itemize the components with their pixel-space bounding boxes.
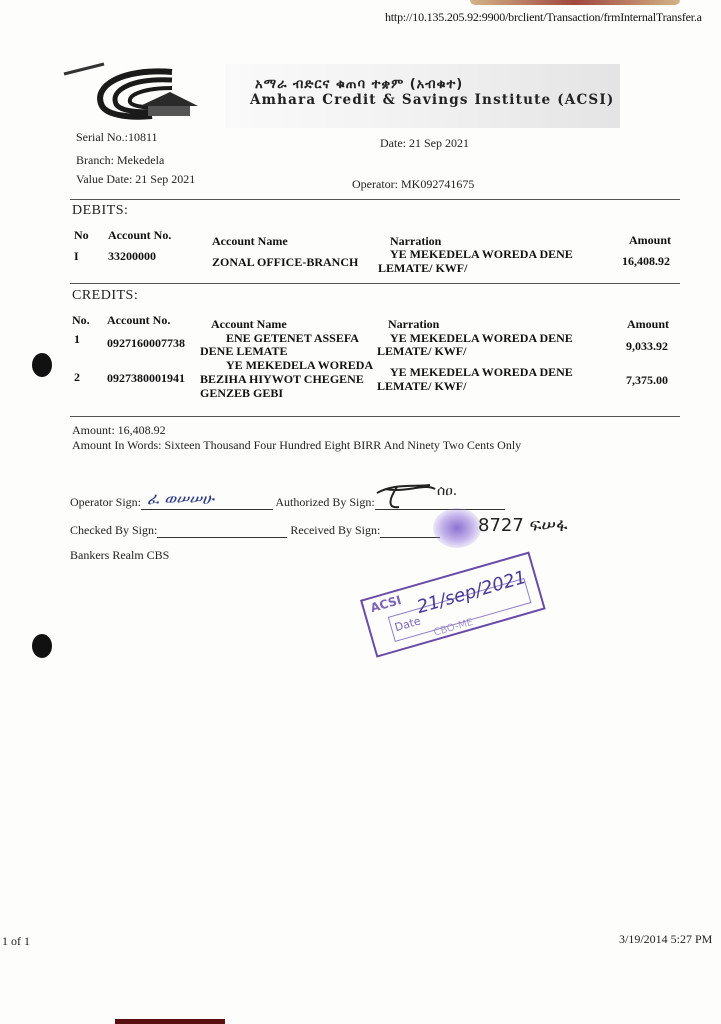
system-name: Bankers Realm CBS: [70, 548, 169, 563]
credit-no: 2: [74, 370, 80, 385]
operator-id: Operator: MK092741675: [352, 177, 474, 192]
debits-header-no: No: [74, 228, 89, 243]
credit-no: 1: [74, 332, 80, 347]
divider: [70, 416, 680, 417]
credits-header-no: No.: [72, 313, 90, 328]
credit-amount: 9,033.92: [626, 339, 668, 354]
org-name-amharic: አማራ ብድርና ቁጠባ ተቋም (አብቁተ): [255, 77, 463, 92]
total-amount: Amount: 16,408.92: [72, 423, 166, 438]
punch-hole: [32, 634, 52, 658]
debits-header-amount: Amount: [629, 233, 671, 248]
acsi-logo-icon: [62, 58, 212, 124]
fingerprint-mark: [433, 508, 481, 548]
stamp-org: ACSI: [369, 593, 403, 615]
debit-account-no: 33200000: [108, 249, 156, 264]
page-number: 1 of 1: [2, 934, 30, 949]
debits-header-account-name: Account Name: [212, 234, 288, 249]
stamp-date-box: Date 21/sep/2021: [388, 578, 532, 642]
scan-smear: [470, 0, 680, 5]
credit-account-name-line1: YE MEKEDELA WOREDA: [226, 358, 373, 373]
credits-header-narration: Narration: [388, 317, 439, 332]
print-timestamp: 3/19/2014 5:27 PM: [619, 932, 712, 947]
credit-amount: 7,375.00: [626, 373, 668, 388]
operator-sign-row: Operator Sign:ፈ ወሠሠሁ Authorized By Sign:…: [70, 495, 505, 510]
credit-account-name-line2: BEZIHA HIYWOT CHEGENE: [200, 372, 364, 387]
credit-narration-line2: LEMATE/ KWF/: [377, 379, 466, 394]
debit-narration-line2: LEMATE/ KWF/: [378, 261, 467, 276]
approval-stamp: ACSI Date 21/sep/2021 CBO-ME: [360, 551, 546, 657]
credits-header-account-no: Account No.: [107, 313, 170, 328]
authorized-signature-text: ሰዐ.: [437, 483, 457, 499]
value-date: Value Date: 21 Sep 2021: [76, 172, 195, 187]
operator-sign-line[interactable]: ፈ ወሠሠሁ: [141, 497, 273, 510]
amount-in-words: Amount In Words: Sixteen Thousand Four H…: [72, 438, 521, 453]
credit-account-name-line3: GENZEB GEBI: [200, 386, 283, 401]
transaction-date: Date: 21 Sep 2021: [380, 136, 469, 151]
debit-account-name: ZONAL OFFICE-BRANCH: [212, 255, 358, 270]
authorized-sign-line[interactable]: ሰዐ.: [375, 497, 505, 510]
operator-signature: ፈ ወሠሠሁ: [147, 489, 214, 509]
authorized-signature-scribble: ሰዐ.: [375, 481, 495, 511]
credit-narration-line2: LEMATE/ KWF/: [377, 344, 466, 359]
credits-header-account-name: Account Name: [211, 317, 287, 332]
serial-number: Serial No.:10811: [76, 130, 158, 145]
debit-amount: 16,408.92: [622, 254, 670, 269]
debits-title: DEBITS:: [72, 203, 128, 219]
received-signature: 8727 ፍሠፋ: [478, 515, 568, 536]
debits-header-account-no: Account No.: [108, 228, 171, 243]
credits-header-amount: Amount: [627, 317, 669, 332]
credit-account-no: 0927160007738: [107, 336, 185, 351]
checked-sign-label: Checked By Sign:: [70, 523, 157, 537]
received-sign-line[interactable]: [380, 525, 440, 538]
org-name: Amhara Credit & Savings Institute (ACSI): [250, 92, 614, 108]
credit-narration-line1: YE MEKEDELA WOREDA DENE: [390, 365, 573, 380]
credits-title: CREDITS:: [72, 288, 138, 304]
stamp-date-handwriting: 21/sep/2021: [415, 567, 529, 618]
branch: Branch: Mekedela: [76, 153, 164, 168]
scan-smear: [115, 1019, 225, 1024]
debit-no: I: [74, 249, 79, 264]
checked-sign-row: Checked By Sign: Received By Sign:: [70, 523, 440, 538]
punch-hole: [32, 353, 52, 377]
debit-narration-line1: YE MEKEDELA WOREDA DENE: [390, 247, 573, 262]
checked-sign-line[interactable]: [157, 525, 287, 538]
authorized-sign-label: Authorized By Sign:: [275, 495, 374, 509]
operator-sign-label: Operator Sign:: [70, 495, 141, 509]
credit-account-no: 0927380001941: [107, 371, 185, 386]
received-sign-label: Received By Sign:: [290, 523, 380, 537]
stamp-date-label: Date: [393, 614, 422, 634]
print-url: http://10.135.205.92:9900/brclient/Trans…: [385, 10, 702, 25]
divider: [70, 199, 680, 200]
divider: [70, 283, 680, 284]
credit-account-name-line2: DENE LEMATE: [200, 344, 287, 359]
